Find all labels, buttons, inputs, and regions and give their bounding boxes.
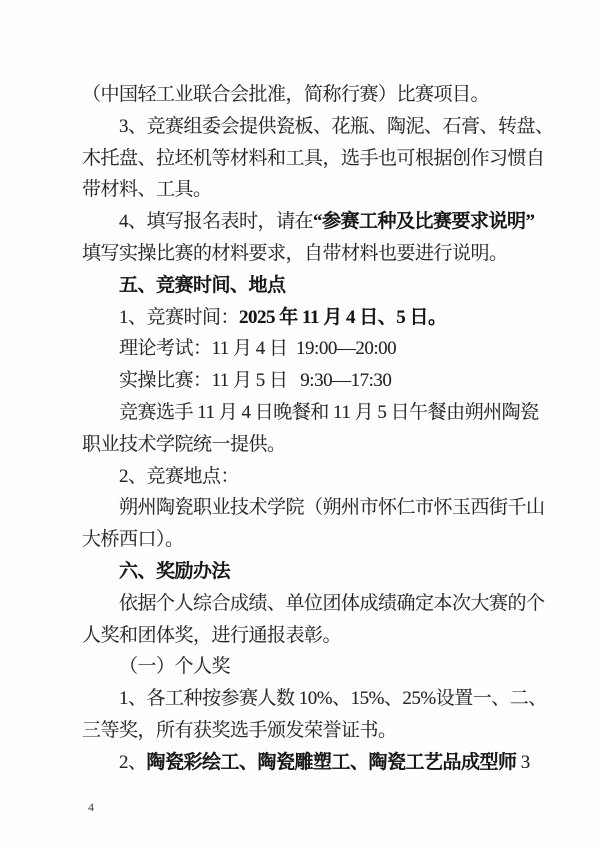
text-segment: 木托盘、拉坯机等材料和工具，选手也可根据创作习惯自 (82, 148, 545, 169)
document-line: 大桥西口）。 (82, 524, 522, 556)
text-segment: 2025 年 11 月 4 日、5 日。 (239, 307, 446, 328)
text-segment: 2、竞赛地点： (119, 466, 239, 487)
document-line: 职业技术学院统一提供。 (82, 429, 522, 461)
text-segment: 带材料、工具。 (82, 179, 212, 200)
text-segment: 3 (517, 752, 530, 773)
text-segment: 实操比赛：11 月 5 日 9:30—17:30 (119, 370, 391, 391)
document-line: 五、竞赛时间、地点 (82, 270, 522, 302)
text-segment: 填写实操比赛的材料要求，自带材料也要进行说明。 (82, 243, 508, 264)
text-segment: 五、竞赛时间、地点 (119, 275, 286, 296)
page-number: 4 (88, 800, 94, 814)
text-segment: 六、奖励办法 (119, 561, 230, 582)
document-line: 2、竞赛地点： (82, 461, 522, 493)
document-line: 人奖和团体奖，进行通报表彰。 (82, 620, 522, 652)
text-segment: 职业技术学院统一提供。 (82, 434, 286, 455)
document-line: 1、各工种按参赛人数 10%、15%、25%设置一、二、 (82, 683, 522, 715)
text-segment: 人奖和团体奖，进行通报表彰。 (82, 625, 341, 646)
document-line: 三等奖，所有获奖选手颁发荣誉证书。 (82, 715, 522, 747)
document-line: 2、陶瓷彩绘工、陶瓷雕塑工、陶瓷工艺品成型师 3 (82, 747, 522, 779)
text-segment: 2、 (119, 752, 147, 773)
text-segment: 4、填写报名表时，请在 (119, 211, 313, 232)
text-segment: 1、各工种按参赛人数 10%、15%、25%设置一、二、 (119, 688, 547, 709)
document-line: 朔州陶瓷职业技术学院（朔州市怀仁市怀玉西街千山 (82, 492, 522, 524)
document-line: 六、奖励办法 (82, 556, 522, 588)
document-line: 木托盘、拉坯机等材料和工具，选手也可根据创作习惯自 (82, 143, 522, 175)
text-segment: 三等奖，所有获奖选手颁发荣誉证书。 (82, 720, 397, 741)
document-line: 理论考试：11 月 4 日 19:00—20:00 (82, 333, 522, 365)
text-segment: 大桥西口）。 (82, 529, 184, 550)
text-segment: 理论考试：11 月 4 日 19:00—20:00 (119, 338, 396, 359)
document-line: 竞赛选手 11 月 4 日晚餐和 11 月 5 日午餐由朔州陶瓷 (82, 397, 522, 429)
text-segment: 朔州陶瓷职业技术学院（朔州市怀仁市怀玉西街千山 (119, 497, 545, 518)
text-segment: （中国轻工业联合会批准，简称行赛）比赛项目。 (82, 84, 489, 105)
text-segment: （一）个人奖 (119, 656, 230, 677)
text-segment: 依据个人综合成绩、单位团体成绩确定本次大赛的个 (119, 593, 545, 614)
text-segment: 陶瓷彩绘工、陶瓷雕塑工、陶瓷工艺品成型师 (147, 752, 517, 773)
document-line: 3、竞赛组委会提供瓷板、花瓶、陶泥、石膏、转盘、 (82, 111, 522, 143)
text-segment: 1、竞赛时间： (119, 307, 239, 328)
text-segment: “参赛工种及比赛要求说明” (313, 211, 535, 232)
document-body: （中国轻工业联合会批准，简称行赛）比赛项目。3、竞赛组委会提供瓷板、花瓶、陶泥、… (82, 79, 522, 779)
document-line: 4、填写报名表时，请在“参赛工种及比赛要求说明” (82, 206, 522, 238)
document-line: 填写实操比赛的材料要求，自带材料也要进行说明。 (82, 238, 522, 270)
document-line: 带材料、工具。 (82, 174, 522, 206)
document-line: （中国轻工业联合会批准，简称行赛）比赛项目。 (82, 79, 522, 111)
document-line: （一）个人奖 (82, 651, 522, 683)
document-page: （中国轻工业联合会批准，简称行赛）比赛项目。3、竞赛组委会提供瓷板、花瓶、陶泥、… (0, 0, 600, 850)
text-segment: 3、竞赛组委会提供瓷板、花瓶、陶泥、石膏、转盘、 (119, 116, 554, 137)
text-segment: 竞赛选手 11 月 4 日晚餐和 11 月 5 日午餐由朔州陶瓷 (119, 402, 539, 423)
document-line: 依据个人综合成绩、单位团体成绩确定本次大赛的个 (82, 588, 522, 620)
document-line: 1、竞赛时间：2025 年 11 月 4 日、5 日。 (82, 302, 522, 334)
document-line: 实操比赛：11 月 5 日 9:30—17:30 (82, 365, 522, 397)
